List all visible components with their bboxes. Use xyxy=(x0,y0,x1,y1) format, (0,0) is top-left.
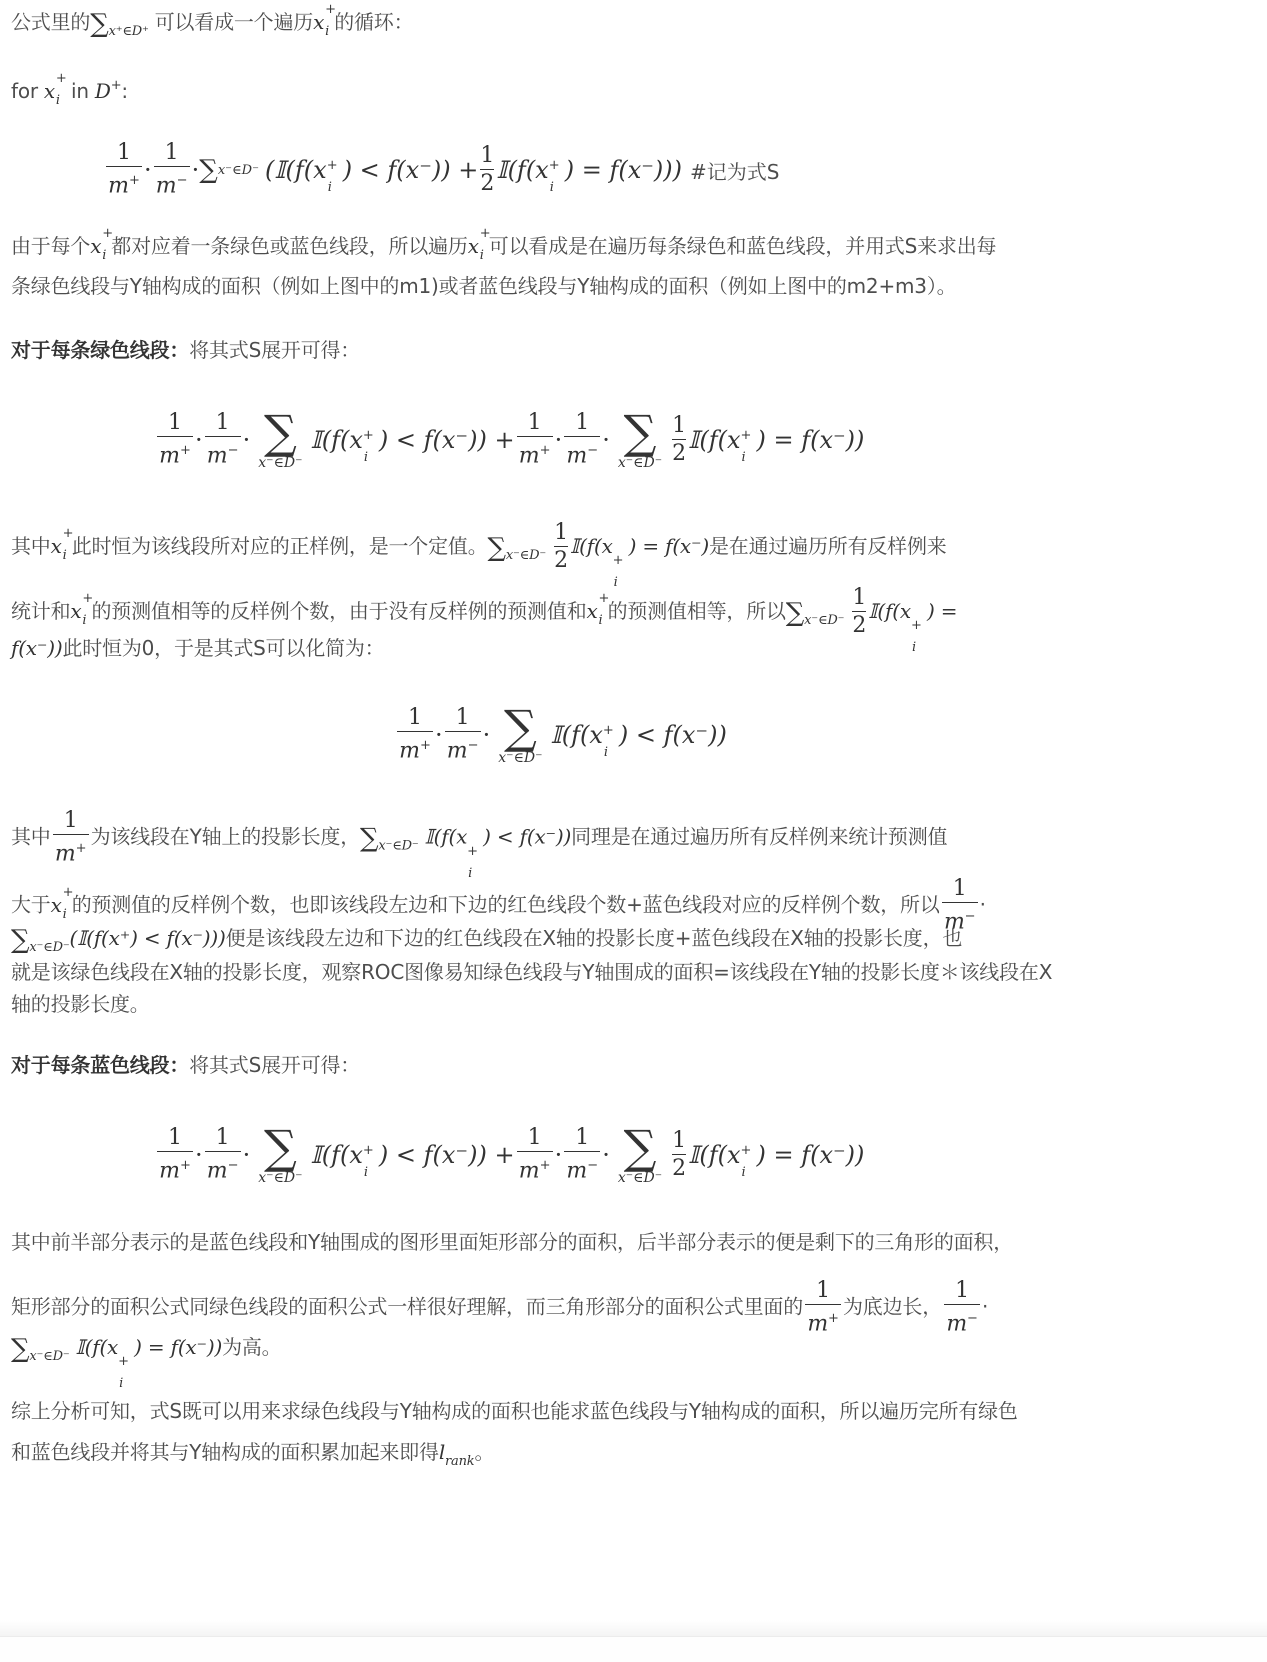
paragraph-projection-line5: 轴的投影长度。 xyxy=(11,984,150,1024)
text: 公式里的 xyxy=(11,10,90,34)
heading-blue-segment: 对于每条蓝色线段：将其式S展开可得： xyxy=(11,1045,360,1085)
sum-symbol: ∑ xyxy=(90,9,108,39)
paragraph-projection: 其中1m+为该线段在Y轴上的投影长度，∑x⁻∈D⁻𝕀(f(x+i) < f(x⁻… xyxy=(11,808,947,868)
equation-simplified: 1m+ · 1m− · ∑x⁻∈D⁻ 𝕀(f(x+i) < f(x⁻)) xyxy=(395,690,727,780)
var-xi-plus: x+i xyxy=(44,71,55,111)
equation-label: #记为式S xyxy=(690,156,779,185)
fraction-half: 12 xyxy=(480,143,494,198)
equation-s: 1m+ · 1m− · ∑x⁻∈D⁻ (𝕀(f(x+i) < f(x⁻)) + … xyxy=(104,134,779,206)
equation-expanded-green: 1m+ · 1m− · ∑x⁻∈D⁻ 𝕀(f(x+i) < f(x⁻)) + 1… xyxy=(155,395,864,485)
fraction: 1m+ xyxy=(106,140,142,200)
paragraph-conclusion-line2: 和蓝色线段并将其与Y轴构成的面积累加起来即得lrank。 xyxy=(11,1432,494,1482)
set-d: D xyxy=(95,79,111,103)
bold-label: 对于每条蓝色线段： xyxy=(11,1053,189,1077)
paragraph-traverse-line2: 条绿色线段与Y轴构成的面积（例如上图中的m1)或者蓝色线段与Y轴构成的面积（例如… xyxy=(11,266,956,306)
var-xi-plus: x+i xyxy=(90,226,101,266)
text: : xyxy=(121,79,128,103)
sum-symbol: ∑x⁻∈D⁻ xyxy=(258,409,302,471)
superscript: + xyxy=(111,78,122,93)
paragraph-conclusion: 综上分析可知，式S既可以用来求绿色线段与Y轴构成的面积也能求蓝色线段与Y轴构成的… xyxy=(11,1391,1018,1431)
var-xi-plus: x+i xyxy=(313,2,324,42)
page-below xyxy=(0,1637,1267,1662)
text: for xyxy=(11,79,38,103)
text: 可以看成一个遍历 xyxy=(155,10,313,34)
fraction: 1m− xyxy=(154,140,190,200)
paragraph-constant: 其中x+i此时恒为该线段所对应的正样例，是一个定值。∑x⁻∈D⁻12𝕀(f(x+… xyxy=(11,520,947,576)
paragraph-constant-line3: f(x⁻))此时恒为0，于是其式S可以化简为： xyxy=(11,628,384,668)
page-bottom-divider xyxy=(0,1620,1267,1637)
text: 的循环： xyxy=(334,10,413,34)
bold-label: 对于每条绿色线段： xyxy=(11,338,189,362)
var-xi-plus: x+i xyxy=(468,226,479,266)
sum-subscript: x⁺∈D⁺ xyxy=(109,24,149,39)
paragraph-loop-intro: 公式里的∑x⁺∈D⁺可以看成一个遍历x+i的循环： xyxy=(11,2,413,52)
text: in xyxy=(71,79,89,103)
paragraph-projection-line4: 就是该绿色线段在X轴的投影长度，观察ROC图像易知绿色线段与Y轴围成的面积=该线… xyxy=(11,952,1052,992)
paragraph-triangle: 其中前半部分表示的是蓝色线段和Y轴围成的图形里面矩形部分的面积，后半部分表示的便… xyxy=(11,1222,1013,1262)
heading-green-segment: 对于每条绿色线段：将其式S展开可得： xyxy=(11,330,360,370)
paragraph-for-loop: forx+iinD+: xyxy=(11,66,128,111)
paragraph-triangle-line3: ∑x⁻∈D⁻𝕀(f(x+i) = f(x⁻))为高。 xyxy=(11,1327,281,1377)
document-page: 公式里的∑x⁺∈D⁺可以看成一个遍历x+i的循环： forx+iinD+: 1m… xyxy=(0,0,1267,1620)
paragraph-traverse: 由于每个x+i都对应着一条绿色或蓝色线段，所以遍历x+i可以看成是在遍历每条绿色… xyxy=(11,226,996,266)
sum-symbol: ∑ xyxy=(199,155,218,185)
equation-expanded-blue: 1m+ · 1m− · ∑x⁻∈D⁻ 𝕀(f(x+i) < f(x⁻)) + 1… xyxy=(155,1110,864,1200)
